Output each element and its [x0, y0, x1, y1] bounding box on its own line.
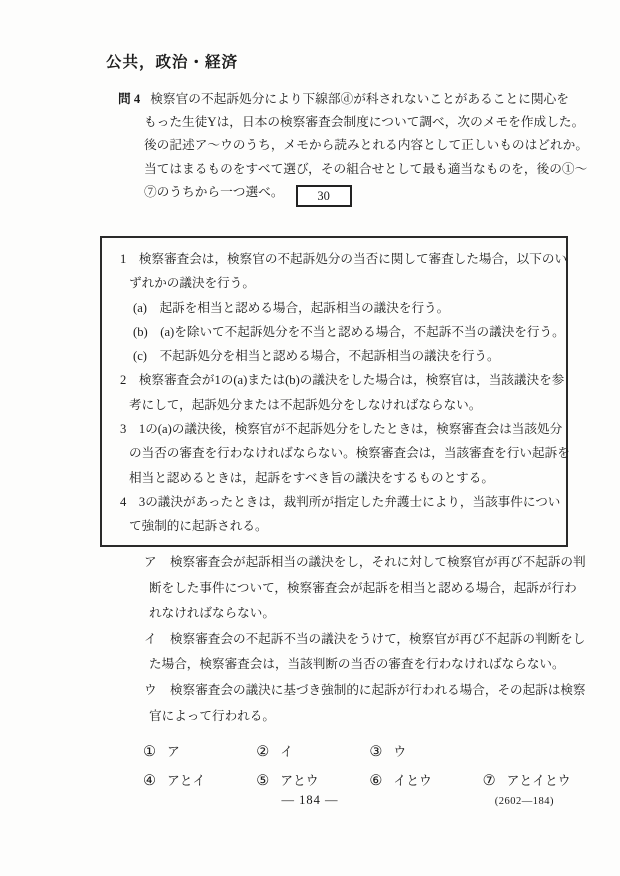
memo-line: 相当と認めるときは，起訴をすべき旨の議決をするものとする。 [120, 466, 560, 490]
question-line: ⑦のうちから一つ選べ。30 [118, 181, 582, 204]
choice-3-label: ウ [393, 745, 406, 759]
choice-2: ②イ [256, 738, 366, 767]
choice-7: ⑦アとイとウ [483, 767, 571, 796]
choice-5-number: ⑤ [256, 773, 269, 789]
statements-block: ア検察審査会が起訴相当の議決をし，それに対して検察官が再び不起訴の判 断をした事… [144, 550, 584, 729]
statement-a-line: ア検察審査会が起訴相当の議決をし，それに対して検察官が再び不起訴の判 [144, 550, 584, 576]
choice-6-number: ⑥ [369, 773, 382, 789]
statement-a-line: れなければならない。 [144, 601, 584, 627]
statement-u-label: ウ [144, 678, 170, 704]
memo-line: 4 3の議決があったときは，裁判所が指定した弁護士により，当該事件につい [120, 490, 560, 514]
question-number-label: 問 4 [118, 92, 140, 106]
question-line: 当てはまるものをすべて選び，その組合せとして最も適当なものを，後の①〜 [118, 158, 582, 181]
memo-box: 1 検察審査会は，検察官の不起訴処分の当否に関して審査した場合，以下のい ずれか… [100, 236, 568, 547]
choice-1: ①ア [143, 738, 253, 767]
choice-6: ⑥イとウ [369, 767, 479, 796]
memo-line: て強制的に起訴される。 [120, 514, 560, 538]
statement-a-line: 断をした事件について，検察審査会が起訴を相当と認める場合，起訴が行わ [144, 576, 584, 602]
choice-7-number: ⑦ [483, 773, 496, 789]
statement-i-line: イ検察審査会の不起訴不当の議決をうけて，検察官が再び不起訴の判断をし [144, 627, 584, 653]
choices-row-2: ④アとイ ⑤アとウ ⑥イとウ ⑦アとイとウ [143, 767, 593, 796]
statement-a-text: 検察審査会が起訴相当の議決をし，それに対して検察官が再び不起訴の判 [170, 555, 586, 569]
choice-2-number: ② [256, 744, 269, 760]
choice-3-number: ③ [369, 744, 382, 760]
choices-row-1: ①ア ②イ ③ウ [143, 738, 593, 767]
statement-a-label: ア [144, 550, 170, 576]
statement-u-text: 検察審査会の議決に基づき強制的に起訴が行われる場合，その起訴は検察 [170, 683, 586, 697]
choice-4-number: ④ [143, 773, 156, 789]
exam-page: 公共，政治・経済 問 4検察官の不起訴処分により下線部ⓓが科されないことがあるこ… [0, 0, 620, 876]
question-text: ⑦のうちから一つ選べ。 [144, 185, 284, 199]
choice-1-label: ア [167, 745, 180, 759]
document-code: (2602—184) [495, 796, 554, 807]
choice-4: ④アとイ [143, 767, 253, 796]
memo-line: の当否の審査を行わなければならない。検察審査会は，当該審査を行い起訴を [120, 441, 560, 465]
answer-number-box: 30 [296, 185, 352, 207]
choice-4-label: アとイ [167, 774, 205, 788]
statement-u-line: ウ検察審査会の議決に基づき強制的に起訴が行われる場合，その起訴は検察 [144, 678, 584, 704]
memo-line: ずれかの議決を行う。 [120, 271, 560, 295]
memo-line: 考にして，起訴処分または不起訴処分をしなければならない。 [120, 393, 560, 417]
statement-u-line: 官によって行われる。 [144, 704, 584, 730]
choice-7-label: アとイとウ [507, 774, 571, 788]
question-line: もった生徒Yは，日本の検察審査会制度について調べ，次のメモを作成した。 [118, 111, 582, 134]
memo-line: (a) 起訴を相当と認める場合，起訴相当の議決を行う。 [120, 296, 560, 320]
choice-2-label: イ [280, 745, 293, 759]
question-text: 検察官の不起訴処分により下線部ⓓが科されないことがあることに関心を [150, 92, 569, 106]
choice-1-number: ① [143, 744, 156, 760]
statement-i-line: た場合，検察審査会は，当該判断の当否の審査を行わなければならない。 [144, 652, 584, 678]
choice-3: ③ウ [369, 738, 479, 767]
question-line: 問 4検察官の不起訴処分により下線部ⓓが科されないことがあることに関心を [118, 88, 582, 111]
statement-i-text: 検察審査会の不起訴不当の議決をうけて，検察官が再び不起訴の判断をし [170, 632, 585, 646]
choice-5-label: アとウ [280, 774, 318, 788]
memo-line: (b) (a)を除いて不起訴処分を不当と認める場合，不起訴不当の議決を行う。 [120, 320, 560, 344]
exam-title: 公共，政治・経済 [106, 50, 238, 72]
memo-line: 2 検察審査会が1の(a)または(b)の議決をした場合は，検察官は，当該議決を参 [120, 368, 560, 392]
question-line: 後の記述ア〜ウのうち，メモから読みとれる内容として正しいものはどれか。 [118, 134, 582, 157]
memo-line: 1 検察審査会は，検察官の不起訴処分の当否に関して審査した場合，以下のい [120, 247, 560, 271]
choice-5: ⑤アとウ [256, 767, 366, 796]
memo-line: (c) 不起訴処分を相当と認める場合，不起訴相当の議決を行う。 [120, 344, 560, 368]
memo-line: 3 1の(a)の議決後，検察官が不起訴処分をしたときは，検察審査会は当該処分 [120, 417, 560, 441]
choices-block: ①ア ②イ ③ウ ④アとイ ⑤アとウ ⑥イとウ ⑦アとイとウ [143, 738, 593, 796]
choice-6-label: イとウ [393, 774, 431, 788]
question-block: 問 4検察官の不起訴処分により下線部ⓓが科されないことがあることに関心を もった… [118, 88, 582, 204]
statement-i-label: イ [144, 627, 170, 653]
